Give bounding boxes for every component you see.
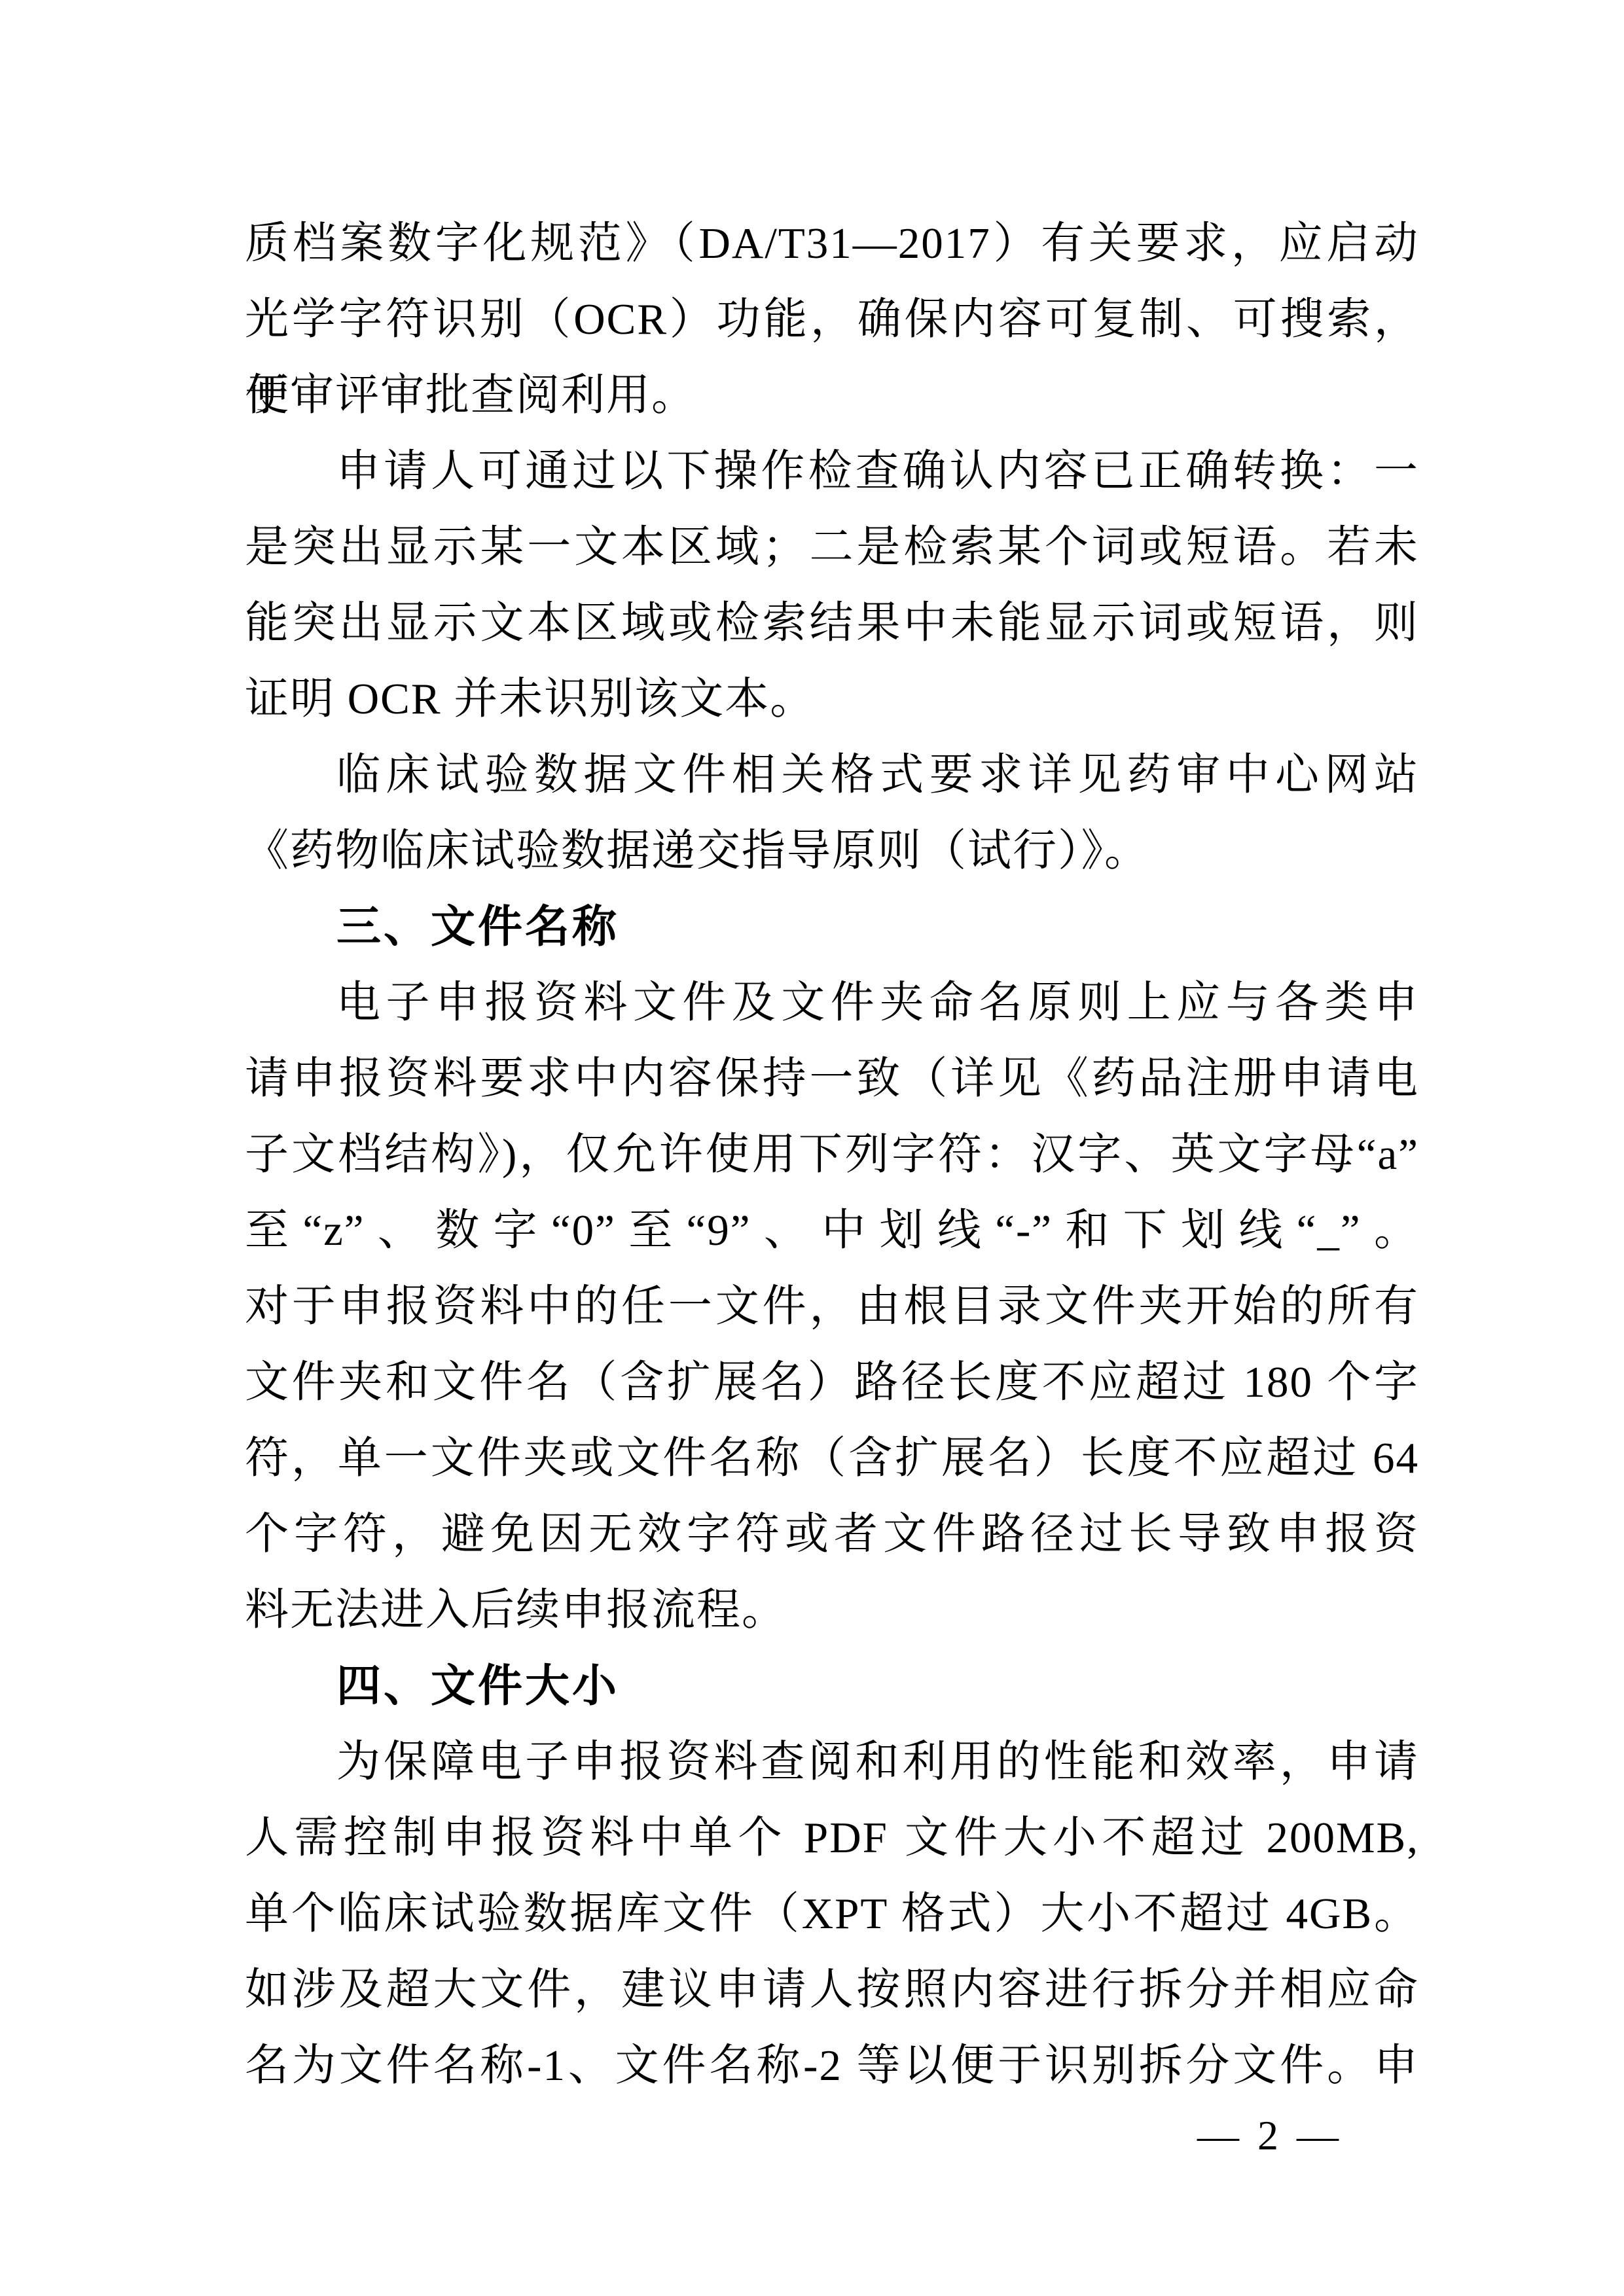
text-line: 请申报资料要求中内容保持一致（详见《药品注册申请电 bbox=[245, 1041, 1419, 1117]
page-number: — 2 — bbox=[1197, 2106, 1343, 2165]
text-line: 是突出显示某一文本区域；二是检索某个词或短语。若未 bbox=[245, 509, 1419, 585]
text-line: 人需控制申报资料中单个 PDF 文件大小不超过 200MB, bbox=[245, 1800, 1419, 1876]
text-line: 临床试验数据文件相关格式要求详见药审中心网站 bbox=[245, 737, 1419, 813]
section-heading-file-name: 三、文件名称 bbox=[245, 889, 1419, 965]
text-line: 对于申报资料中的任一文件，由根目录文件夹开始的所有 bbox=[245, 1268, 1419, 1344]
text-line: 如涉及超大文件，建议申请人按照内容进行拆分并相应命 bbox=[245, 1952, 1419, 2028]
text-block: 质档案数字化规范》（DA/T31—2017）有关要求，应启动 光学字符识别（OC… bbox=[245, 206, 1419, 2104]
text-line: 能突出显示文本区域或检索结果中未能显示词或短语，则 bbox=[245, 585, 1419, 661]
text-line: 个字符，避免因无效字符或者文件路径过长导致申报资 bbox=[245, 1496, 1419, 1572]
text-line: 料无法进入后续申报流程。 bbox=[245, 1572, 1419, 1648]
text-line: 《药物临床试验数据递交指导原则（试行）》。 bbox=[245, 813, 1419, 889]
text-line: 至“z”、数字“0”至“9”、中划线“-”和下划线“_”。 bbox=[245, 1193, 1419, 1268]
text-line: 光学字符识别（OCR）功能，确保内容可复制、可搜索，便 bbox=[245, 281, 1419, 357]
text-line: 证明 OCR 并未识别该文本。 bbox=[245, 661, 1419, 737]
text-line: 电子申报资料文件及文件夹命名原则上应与各类申 bbox=[245, 965, 1419, 1041]
text-line: 符，单一文件夹或文件名称（含扩展名）长度不应超过 64 bbox=[245, 1420, 1419, 1496]
section-heading-file-size: 四、文件大小 bbox=[245, 1648, 1419, 1724]
text-line: 名为文件名称-1、文件名称-2 等以便于识别拆分文件。申 bbox=[245, 2028, 1419, 2104]
text-line: 质档案数字化规范》（DA/T31—2017）有关要求，应启动 bbox=[245, 206, 1419, 281]
text-line: 申请人可通过以下操作检查确认内容已正确转换：一 bbox=[245, 433, 1419, 509]
text-line: 文件夹和文件名（含扩展名）路径长度不应超过 180 个字 bbox=[245, 1344, 1419, 1420]
text-line: 单个临床试验数据库文件（XPT 格式）大小不超过 4GB。 bbox=[245, 1876, 1419, 1952]
document-page: 质档案数字化规范》（DA/T31—2017）有关要求，应启动 光学字符识别（OC… bbox=[0, 0, 1624, 2296]
text-line: 为保障电子申报资料查阅和利用的性能和效率，申请 bbox=[245, 1724, 1419, 1800]
text-line: 子文档结构》)，仅允许使用下列字符：汉字、英文字母“a” bbox=[245, 1117, 1419, 1193]
text-line: 于审评审批查阅利用。 bbox=[245, 357, 1419, 433]
